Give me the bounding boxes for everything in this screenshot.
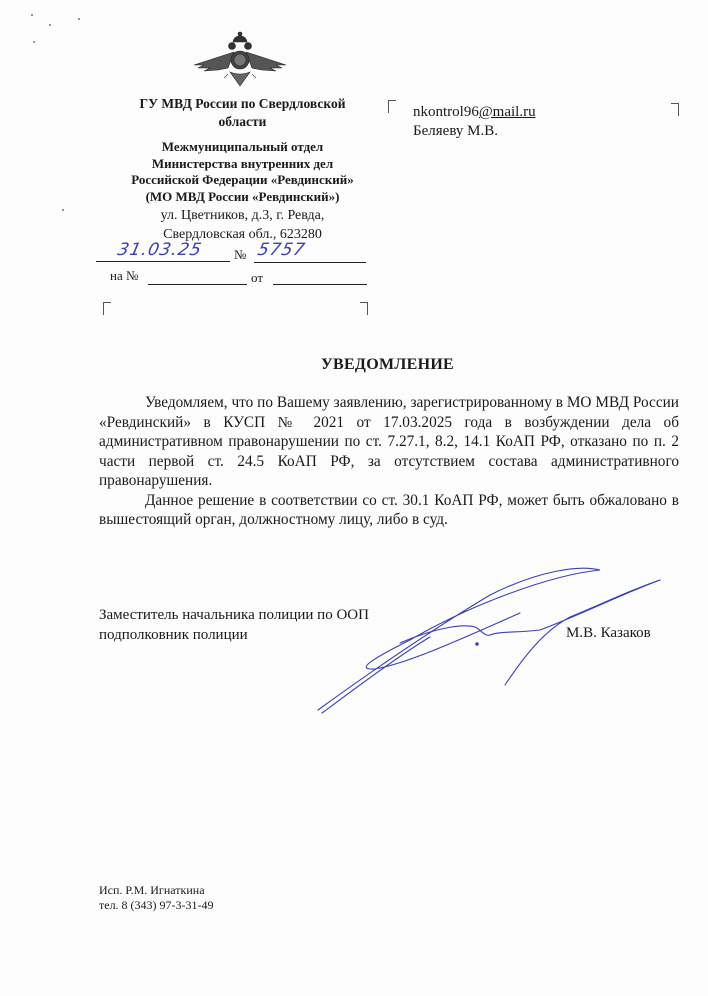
scan-speck	[49, 24, 51, 26]
dept-line: Межмуниципальный отдел	[110, 139, 375, 156]
executor-phone: тел. 8 (343) 97-3-31-49	[99, 898, 214, 913]
dept-line: Министерства внутренних дел	[110, 156, 375, 173]
address-bracket-right	[360, 302, 368, 315]
document-title: УВЕДОМЛЕНИЕ	[0, 356, 708, 374]
address-bracket-left	[103, 302, 111, 315]
organization-title: ГУ МВД России по Свердловской области	[110, 95, 375, 131]
org-title-line: области	[110, 113, 375, 131]
mvd-emblem-icon	[190, 28, 290, 88]
email-domain-link[interactable]: @mail.ru	[479, 104, 536, 120]
handwritten-signature-icon	[300, 565, 700, 715]
ref-date-label: от	[251, 270, 263, 286]
body-paragraph: Данное решение в соответствии со ст. 30.…	[99, 491, 679, 530]
scan-speck	[78, 18, 80, 20]
ref-number-label: на №	[110, 268, 138, 284]
number-label: №	[234, 247, 246, 263]
executor-name: Исп. Р.М. Игнаткина	[99, 883, 214, 898]
recipient-name: Беляеву М.В.	[413, 122, 536, 141]
ref-date-field	[273, 284, 367, 285]
outgoing-date-handwritten: 31.03.25	[116, 240, 204, 260]
scan-speck	[33, 41, 35, 43]
scan-speck	[62, 209, 64, 211]
dept-line: (МО МВД России «Ревдинский»)	[110, 189, 375, 206]
date-underline	[96, 261, 230, 262]
recipient-email[interactable]: nkontrol96@mail.ru	[413, 103, 536, 122]
scan-speck	[31, 14, 33, 16]
email-user: nkontrol96	[413, 104, 479, 120]
department-address: ул. Цветников, д.3, г. Ревда, Свердловск…	[110, 206, 375, 244]
dept-line: Российской Федерации «Ревдинский»	[110, 172, 375, 189]
registration-block: 31.03.25 № 5757 на № от	[96, 240, 376, 290]
outgoing-number-handwritten: 5757	[256, 240, 308, 260]
number-underline	[254, 262, 366, 263]
address-line: ул. Цветников, д.3, г. Ревда,	[110, 206, 375, 225]
body-paragraph: Уведомляем, что по Вашему заявлению, зар…	[99, 393, 679, 491]
recipient-block: nkontrol96@mail.ru Беляеву М.В.	[413, 103, 536, 141]
recipient-bracket-right	[671, 103, 679, 116]
ref-number-field	[148, 284, 247, 285]
document-body: Уведомляем, что по Вашему заявлению, зар…	[99, 393, 679, 530]
department-name: Межмуниципальный отдел Министерства внут…	[110, 139, 375, 205]
executor-info: Исп. Р.М. Игнаткина тел. 8 (343) 97-3-31…	[99, 883, 214, 913]
recipient-bracket-left	[388, 100, 396, 113]
org-title-line: ГУ МВД России по Свердловской	[110, 95, 375, 113]
